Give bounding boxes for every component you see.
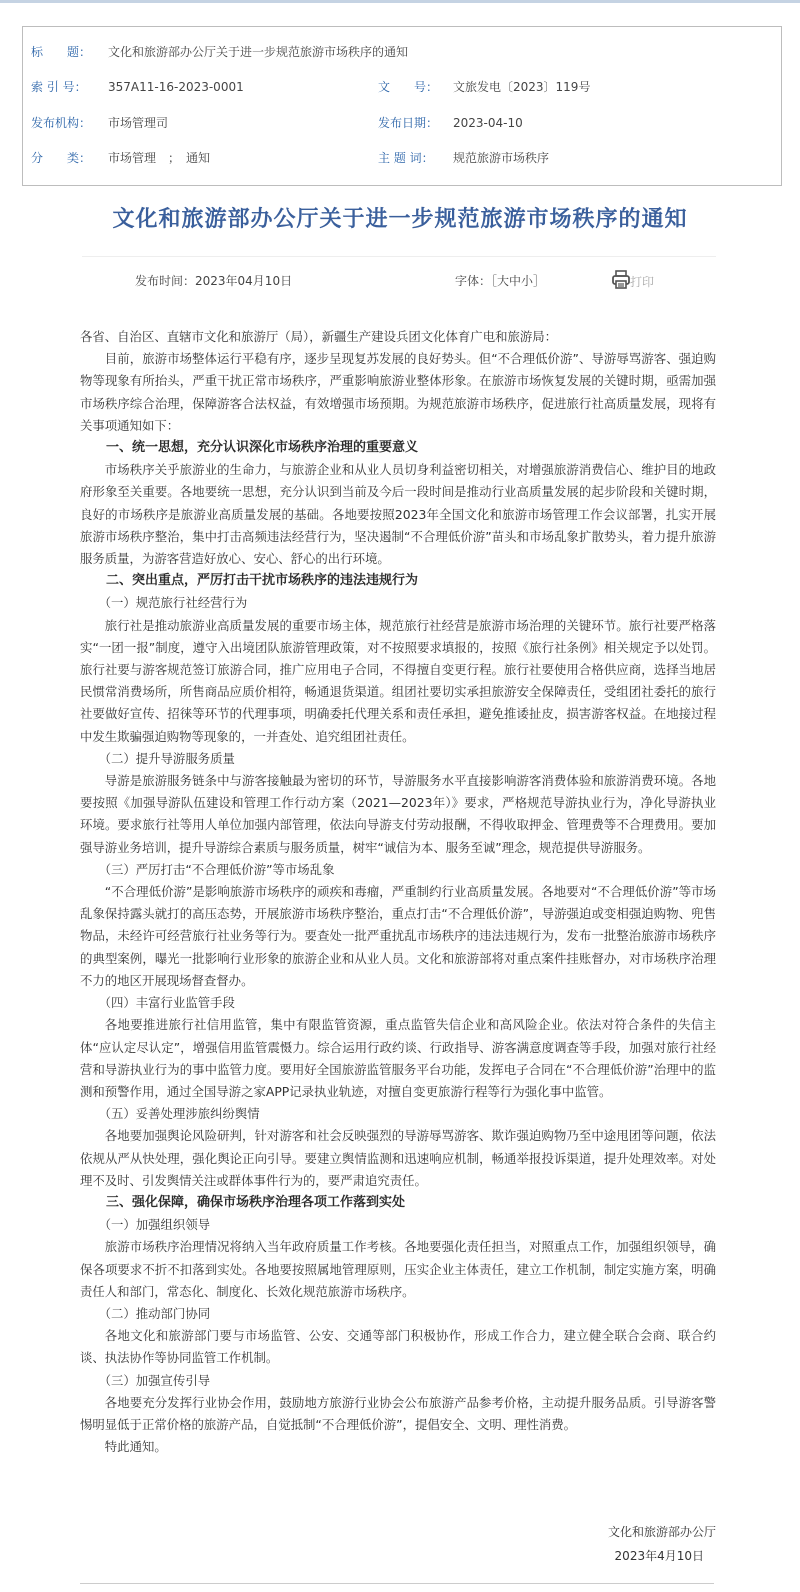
salutation: 各省、自治区、直辖市文化和旅游厅（局），新疆生产建设兵团文化体育广电和旅游局： [80, 326, 716, 348]
paragraph: 各地要加强舆论风险研判，针对游客和社会反映强烈的导游辱骂游客、欺诈强迫购物乃至中… [80, 1125, 716, 1192]
paragraph: 各地要充分发挥行业协会作用，鼓励地方旅游行业协会公布旅游产品参考价格，主动提升服… [80, 1392, 716, 1436]
paragraph: “不合理低价游”是影响旅游市场秩序的顽疾和毒瘤，严重制约行业高质量发展。各地要对… [80, 881, 716, 992]
section-heading: 三、强化保障，确保市场秩序治理各项工作落到实处 [80, 1192, 716, 1214]
subsection-heading: （三）加强宣传引导 [80, 1370, 716, 1392]
subsection-heading: （二）提升导游服务质量 [80, 748, 716, 770]
subsection-heading: （一）加强组织领导 [80, 1214, 716, 1236]
paragraph: 各地文化和旅游部门要与市场监管、公安、交通等部门积极协作，形成工作合力，建立健全… [80, 1325, 716, 1369]
org-label: 发布机构： [31, 113, 91, 133]
title-divider [82, 256, 716, 257]
publish-time: 发布时间：2023年04月10日 [135, 272, 292, 289]
paragraph: 目前，旅游市场整体运行平稳有序，逐步呈现复苏发展的良好势头。但“不合理低价游”、… [80, 348, 716, 437]
article-title: 文化和旅游部办公厅关于进一步规范旅游市场秩序的通知 [0, 202, 800, 233]
closing-line: 特此通知。 [80, 1436, 716, 1458]
document-info-box: 标 题： 文化和旅游部办公厅关于进一步规范旅游市场秩序的通知 索 引 号： 35… [22, 26, 782, 186]
section-heading: 二、突出重点，严厉打击干扰市场秩序的违法违规行为 [80, 570, 716, 592]
top-bar [0, 0, 800, 3]
docno-value: 文旅发电〔2023〕119号 [453, 77, 590, 97]
index-value: 357A11-16-2023-0001 [108, 77, 244, 97]
bottom-divider [80, 1583, 714, 1584]
title-value: 文化和旅游部办公厅关于进一步规范旅游市场秩序的通知 [108, 42, 408, 62]
subsection-heading: （三）严厉打击“不合理低价游”等市场乱象 [80, 859, 716, 881]
print-button[interactable]: 打印 [612, 270, 654, 293]
date-value: 2023-04-10 [453, 113, 523, 133]
org-value: 市场管理司 [108, 113, 168, 133]
subject-value: 规范旅游市场秩序 [453, 148, 549, 168]
subject-label: 主 题 词： [378, 148, 434, 168]
category-label: 分 类： [31, 148, 91, 168]
paragraph: 导游是旅游服务链条中与游客接触最为密切的环节，导游服务水平直接影响游客消费体验和… [80, 770, 716, 859]
signature-date: 2023年4月10日 [615, 1547, 704, 1564]
article-body: 各省、自治区、直辖市文化和旅游厅（局），新疆生产建设兵团文化体育广电和旅游局： … [80, 326, 716, 1458]
subsection-heading: （四）丰富行业监管手段 [80, 992, 716, 1014]
printer-icon [612, 270, 630, 293]
subsection-heading: （二）推动部门协同 [80, 1303, 716, 1325]
font-size-selector[interactable]: 字体：［大中小］ [455, 272, 545, 289]
index-label: 索 引 号： [31, 77, 87, 97]
section-heading: 一、统一思想，充分认识深化市场秩序治理的重要意义 [80, 437, 716, 459]
docno-label: 文 号： [378, 77, 438, 97]
category-value: 市场管理 ； 通知 [108, 148, 210, 168]
subsection-heading: （一）规范旅行社经营行为 [80, 592, 716, 614]
signature-org: 文化和旅游部办公厅 [608, 1523, 716, 1540]
subsection-heading: （五）妥善处理涉旅纠纷舆情 [80, 1103, 716, 1125]
paragraph: 旅游市场秩序治理情况将纳入当年政府质量工作考核。各地要强化责任担当，对照重点工作… [80, 1236, 716, 1303]
title-label: 标 题： [31, 42, 91, 62]
paragraph: 市场秩序关乎旅游业的生命力，与旅游企业和从业人员切身利益密切相关，对增强旅游消费… [80, 459, 716, 570]
date-label: 发布日期： [378, 113, 438, 133]
print-label: 打印 [630, 273, 654, 290]
paragraph: 旅行社是推动旅游业高质量发展的重要市场主体，规范旅行社经营是旅游市场治理的关键环… [80, 615, 716, 748]
paragraph: 各地要推进旅行社信用监管，集中有限监管资源，重点监管失信企业和高风险企业。依法对… [80, 1014, 716, 1103]
